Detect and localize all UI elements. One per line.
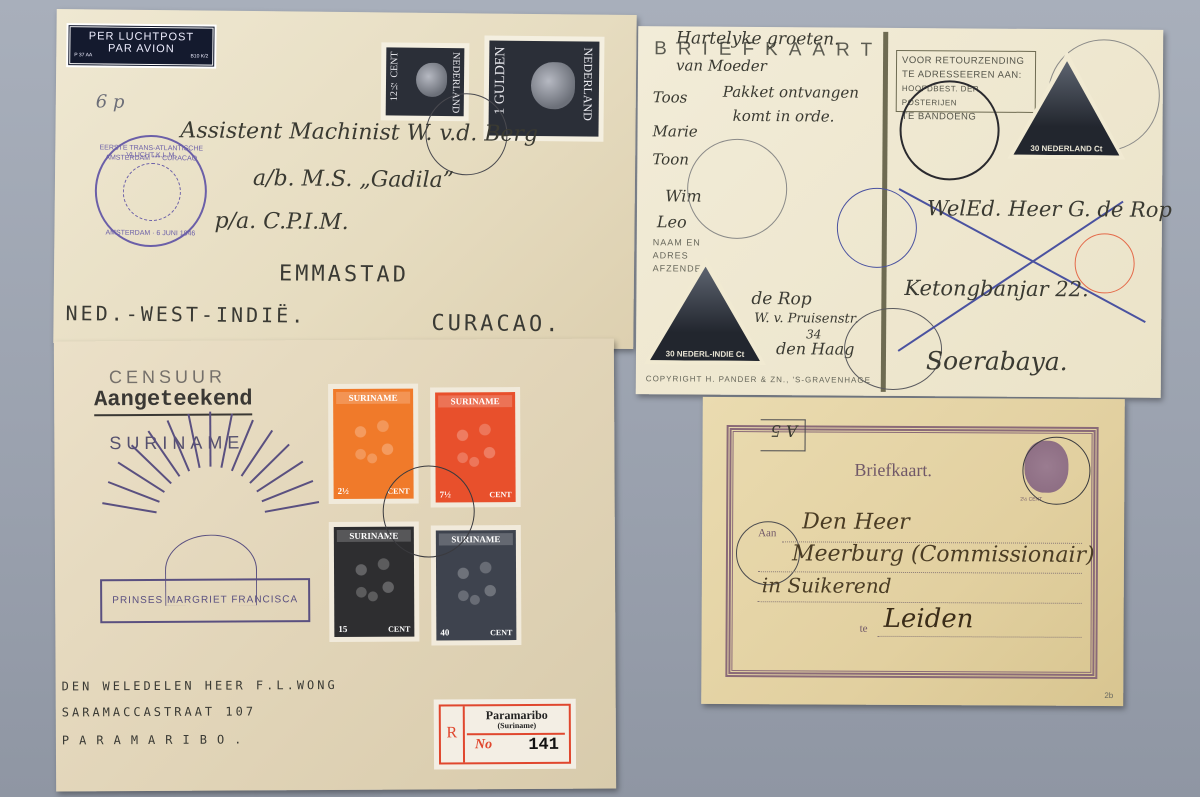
sender-label-line: NAAM EN bbox=[653, 236, 710, 249]
paramaribo-postmark bbox=[382, 465, 474, 557]
stamp-country: SURINAME bbox=[336, 392, 410, 404]
sender-address-line: W. v. Pruisenstr. bbox=[754, 311, 859, 327]
recipient-line: WelEd. Heer G. de Rop bbox=[927, 196, 1172, 222]
stamp-value: 30 NEDERLAND Ct bbox=[1007, 144, 1125, 154]
stamp-value: 40 bbox=[440, 627, 449, 637]
airmail-label-code-right: B10 K/2 bbox=[190, 50, 208, 62]
stamp-country: NEDERLAND bbox=[580, 47, 596, 120]
name: Marie bbox=[652, 122, 697, 140]
address-line: DEN WELEDELEN HEER F.L.WONG bbox=[62, 678, 338, 693]
stamp-value: 15 bbox=[338, 624, 347, 634]
copyright-text: COPYRIGHT H. PANDER & ZN., 'S-GRAVENHAGE bbox=[646, 374, 871, 385]
address-line: a/b. M.S. „Gadila” bbox=[253, 166, 454, 193]
first-flight-cachet: EERSTE TRANS-ATLANTISCHE VLUCHT K.L.M. A… bbox=[94, 134, 207, 247]
airmail-label: PER LUCHTPOST PAR AVION P 37 AA B10 K/2 bbox=[66, 23, 216, 69]
address-line: NED.-WEST-INDIË. bbox=[65, 301, 306, 328]
recipient-line: Soerabaya. bbox=[926, 346, 1068, 376]
mother-child-figure-icon bbox=[123, 163, 182, 222]
name: Toon bbox=[652, 150, 689, 168]
address-line: SARAMACCASTRAAT 107 bbox=[62, 704, 256, 719]
stamp-unit: CENT bbox=[489, 490, 511, 499]
greeting-line: komt in orde. bbox=[733, 107, 835, 126]
registered-cover-suriname: CENSUUR Aangeteekend SURINAME PRINSES MA… bbox=[54, 339, 616, 792]
return-box-line: VOOR RETOURZENDING bbox=[902, 54, 1030, 69]
name: Toos bbox=[653, 88, 688, 106]
address-line: Leiden bbox=[884, 604, 974, 634]
stamp-value: 30 NEDERL-INDIE Ct bbox=[644, 349, 766, 359]
greeting-line: van Moeder bbox=[676, 56, 767, 75]
censor-stamp: CENSUUR bbox=[109, 367, 226, 389]
airmail-label-code-left: P 37 AA bbox=[74, 49, 92, 61]
delft-postmark bbox=[1022, 437, 1090, 505]
sunburst-ray bbox=[102, 502, 157, 513]
sender-label-line: ADRES bbox=[653, 249, 710, 262]
red-cachet bbox=[1074, 233, 1134, 293]
box-mark-text: A 5 bbox=[771, 421, 798, 440]
address-line: p/a. C.P.I.M. bbox=[214, 209, 348, 235]
blue-postmark bbox=[837, 188, 918, 269]
recipient-line: Ketongbanjar 22. bbox=[904, 276, 1088, 301]
registered-stamp: Aangeteekend bbox=[94, 386, 253, 416]
address-line: Den Heer bbox=[802, 509, 910, 535]
cachet-bottom-text: AMSTERDAM · 6 JUNI 1946 bbox=[96, 229, 204, 237]
stamp-unit: CENT bbox=[490, 628, 512, 637]
return-box-line: TE ADRESSEEREN AAN: bbox=[902, 68, 1030, 83]
postcard-pelikaan-flight: BRIEFKAART Hartelyke groeten. van Moeder… bbox=[636, 26, 1164, 398]
airmail-label-line1: PER LUCHTPOST bbox=[70, 30, 212, 43]
pencil-note: 6 p bbox=[96, 91, 125, 112]
address-line: in Suikerend bbox=[762, 573, 892, 598]
address-line: PARAMARIBO. bbox=[62, 732, 252, 747]
gravenhage-postmark bbox=[899, 80, 1000, 181]
card-title: Briefkaart. bbox=[854, 460, 932, 481]
postcard-briefkaart-leiden: A 5 Briefkaart. 2½ CENT Aan te Den Heer … bbox=[701, 397, 1125, 706]
sender-address-line: de Rop bbox=[751, 289, 811, 309]
cachet-middle-text: AMSTERDAM *** CURACAO bbox=[97, 154, 205, 162]
sunburst-ray bbox=[249, 444, 290, 484]
stamp-unit: CENT bbox=[388, 625, 410, 634]
aan-label: Aan bbox=[758, 527, 776, 539]
stamp-value: 12½ CENT bbox=[389, 51, 401, 101]
address-line: Meerburg (Commissionair) bbox=[792, 541, 1095, 568]
stamp-value: 2½ bbox=[338, 486, 349, 496]
te-label: te bbox=[860, 623, 868, 635]
address-line: CURACAO. bbox=[431, 311, 561, 337]
airmail-cover-curacao: PER LUCHTPOST PAR AVION P 37 AA B10 K/2 … bbox=[53, 9, 636, 349]
name: Leo bbox=[657, 212, 687, 231]
address-line: EMMASTAD bbox=[279, 261, 409, 287]
sunburst-ray bbox=[265, 501, 319, 513]
batavia-postmark bbox=[687, 139, 788, 240]
address-line: Assistent Machinist W. v.d. Berg bbox=[180, 118, 538, 147]
greeting-line: Hartelyke groeten. bbox=[676, 28, 839, 49]
sender-address-line: den Haag bbox=[776, 339, 855, 359]
registration-country: (Suriname) bbox=[467, 721, 567, 731]
stamp-country: SURINAME bbox=[438, 395, 512, 407]
registration-label: R Paramaribo (Suriname) No 141 bbox=[434, 699, 576, 770]
pencil-note: 2b bbox=[1104, 691, 1113, 700]
cachet-banner: PRINSES MARGRIET FRANCISCA bbox=[100, 578, 310, 623]
registration-number-prefix: No bbox=[475, 737, 492, 753]
greeting-line: Pakket ontvangen bbox=[723, 83, 859, 102]
registration-number: 141 bbox=[528, 736, 559, 755]
sunburst-ray bbox=[209, 412, 211, 467]
registration-letter: R bbox=[441, 706, 465, 762]
